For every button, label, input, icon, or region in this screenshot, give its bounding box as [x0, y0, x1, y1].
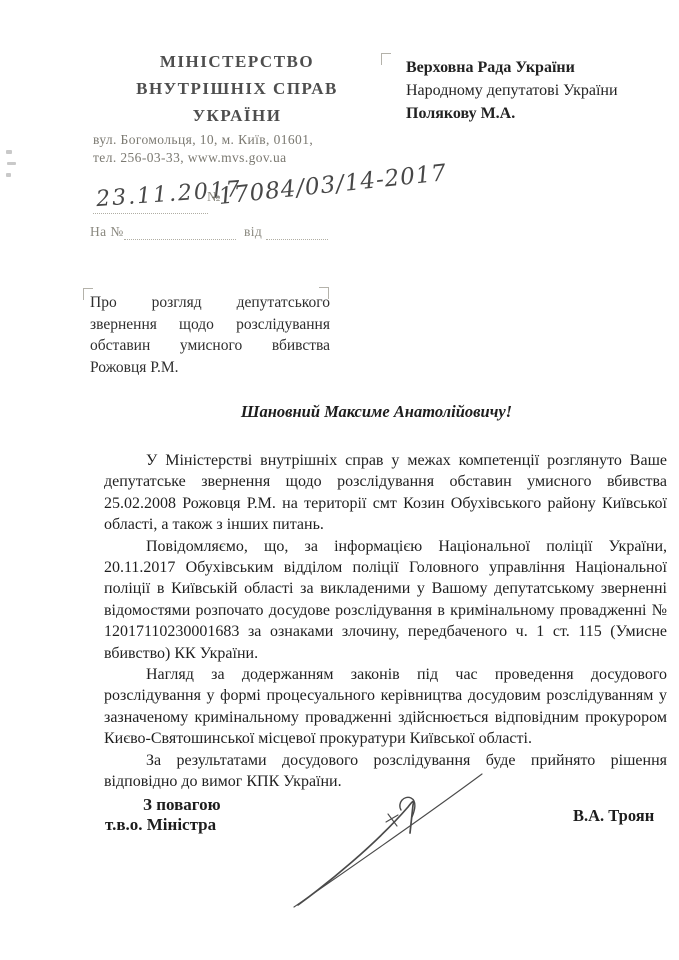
- recipient-institution: Верховна Рада України: [406, 56, 656, 79]
- signoff-block: З повагою т.в.о. Міністра: [105, 795, 221, 835]
- salutation: Шановний Максиме Анатолійовичу!: [104, 402, 649, 422]
- recipient-block: Верховна Рада України Народному депутато…: [406, 56, 656, 125]
- signoff-position: т.в.о. Міністра: [105, 815, 221, 835]
- recipient-name: Полякову М.А.: [406, 102, 656, 125]
- ministry-title-line-3: УКРАЇНИ: [88, 102, 386, 129]
- reply-from-label: від: [244, 224, 262, 240]
- reply-number-blank-line: [124, 238, 236, 240]
- body-paragraph-1: У Міністерстві внутрішніх справ у межах …: [104, 450, 667, 536]
- ministry-title-line-2: ВНУТРІШНІХ СПРАВ: [88, 75, 386, 102]
- ministry-address-phone: тел. 256-03-33, www.mvs.gov.ua: [93, 149, 393, 167]
- signer-name: В.А. Троян: [573, 806, 654, 826]
- signoff-respectfully: З повагою: [143, 795, 221, 815]
- ministry-letterhead: МІНІСТЕРСТВО ВНУТРІШНІХ СПРАВ УКРАЇНИ: [88, 48, 386, 129]
- recipient-role: Народному депутатові України: [406, 79, 656, 102]
- scan-artifact: [6, 150, 12, 154]
- handwritten-signature: [280, 765, 510, 925]
- body-paragraph-3: Нагляд за додержанням законів під час пр…: [104, 664, 667, 750]
- ministry-title-line-1: МІНІСТЕРСТВО: [88, 48, 386, 75]
- date-blank-line: [93, 212, 208, 214]
- reply-number-label: На №: [90, 224, 124, 240]
- reply-date-blank-line: [266, 238, 328, 240]
- scan-artifact: [6, 173, 11, 177]
- recipient-corner-mark: [381, 53, 391, 65]
- scan-artifact: [7, 162, 16, 165]
- ministry-address: вул. Богомольця, 10, м. Київ, 01601, тел…: [93, 131, 393, 167]
- scanned-letter-page: МІНІСТЕРСТВО ВНУТРІШНІХ СПРАВ УКРАЇНИ ву…: [0, 0, 679, 960]
- handwritten-outgoing-number: 17084/03/14-2017: [217, 160, 448, 210]
- letter-body: У Міністерстві внутрішніх справ у межах …: [104, 450, 667, 793]
- ministry-address-street: вул. Богомольця, 10, м. Київ, 01601,: [93, 131, 393, 149]
- subject-summary: Про розгляд депутатського звернення щодо…: [90, 292, 330, 378]
- body-paragraph-2: Повідомляємо, що, за інформацією Націона…: [104, 536, 667, 664]
